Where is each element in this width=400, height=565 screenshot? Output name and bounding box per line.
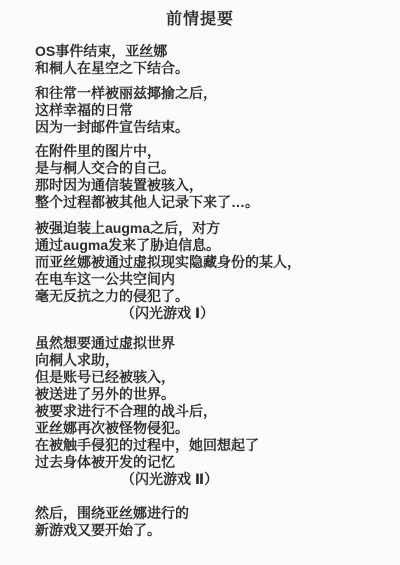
text-line: 在附件里的图片中，	[35, 143, 388, 160]
text-line: 亚丝娜再次被怪物侵犯。	[35, 420, 388, 437]
text-line: 而亚丝娜被通过虚拟现实隐藏身份的某人，	[35, 254, 388, 271]
text-line: 通过augma发来了胁迫信息。	[35, 237, 388, 254]
recap-page: 前情提要 OS事件结束，亚丝娜 和桐人在星空之下结合。 和往常一样被丽兹揶揄之后…	[0, 0, 400, 565]
paragraph-6: 然后，围绕亚丝娜进行的 新游戏又要开始了。	[35, 505, 388, 539]
text-line: 向桐人求助，	[35, 352, 388, 369]
paragraph-1: OS事件结束，亚丝娜 和桐人在星空之下结合。	[35, 43, 388, 77]
text-line: 在被触手侵犯的过程中，她回想起了	[35, 437, 388, 454]
paragraph-3: 在附件里的图片中， 是与桐人交合的自己。 那时因为通信装置被骇入， 整个过程都被…	[35, 143, 388, 211]
text-line: 过去身体被开发的记忆	[35, 454, 388, 471]
recap-text: OS事件结束，亚丝娜 和桐人在星空之下结合。 和往常一样被丽兹揶揄之后， 这样幸…	[0, 29, 400, 539]
text-line: 因为一封邮件宣告结束。	[35, 119, 388, 136]
game-title-caption: （闪光游戏 Ⅰ）	[35, 305, 388, 322]
text-line: 整个过程都被其他人记录下来了…。	[35, 194, 388, 211]
text-line: 那时因为通信装置被骇入，	[35, 177, 388, 194]
text-line: 被要求进行不合理的战斗后，	[35, 403, 388, 420]
text-line: 新游戏又要开始了。	[35, 522, 388, 539]
page-title: 前情提要	[0, 0, 400, 29]
paragraph-4: 被强迫装上augma之后，对方 通过augma发来了胁迫信息。 而亚丝娜被通过虚…	[35, 220, 388, 322]
text-line: OS事件结束，亚丝娜	[35, 43, 388, 60]
game-title-caption: （闪光游戏 Ⅱ）	[35, 471, 388, 488]
paragraph-5: 虽然想要通过虚拟世界 向桐人求助， 但是账号已经被骇入， 被送进了另外的世界。 …	[35, 335, 388, 488]
text-line: 被送进了另外的世界。	[35, 386, 388, 403]
paragraph-2: 和往常一样被丽兹揶揄之后， 这样幸福的日常 因为一封邮件宣告结束。	[35, 85, 388, 136]
text-line: 和桐人在星空之下结合。	[35, 60, 388, 77]
text-line: 是与桐人交合的自己。	[35, 160, 388, 177]
text-line: 这样幸福的日常	[35, 102, 388, 119]
text-line: 但是账号已经被骇入，	[35, 369, 388, 386]
text-line: 虽然想要通过虚拟世界	[35, 335, 388, 352]
text-line: 毫无反抗之力的侵犯了。	[35, 288, 388, 305]
text-line: 然后，围绕亚丝娜进行的	[35, 505, 388, 522]
text-line: 在电车这一公共空间内	[35, 271, 388, 288]
text-line: 和往常一样被丽兹揶揄之后，	[35, 85, 388, 102]
text-line: 被强迫装上augma之后，对方	[35, 220, 388, 237]
